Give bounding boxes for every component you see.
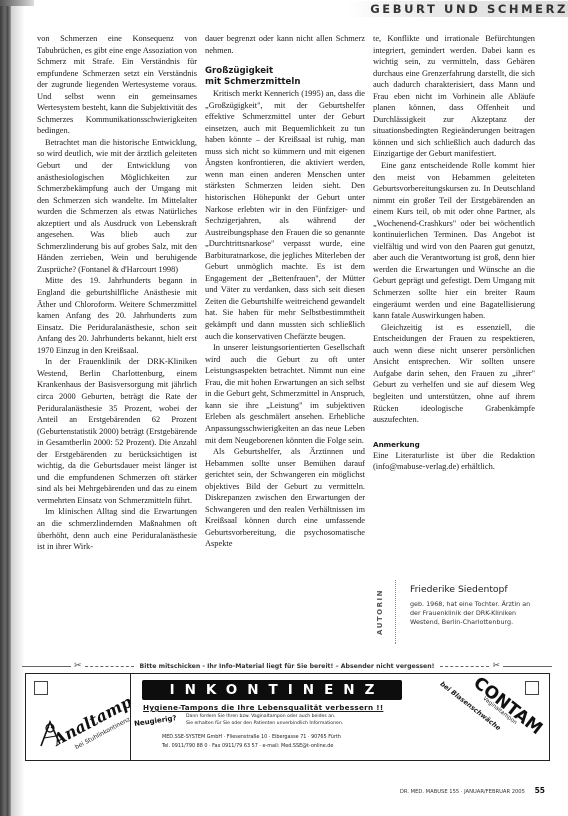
coupon-instruction: Bitte mitschicken - Ihr Info-Material li… bbox=[134, 663, 441, 670]
running-head: GEBURT UND SCHMERZ bbox=[348, 1, 568, 17]
ad-right-panel: CONTAM Vaginaltampon bei Blasenschwäche bbox=[431, 674, 549, 760]
journal-issue: DR. MED. MABUSE 155 · JANUAR/FEBRUAR 200… bbox=[400, 789, 525, 795]
subhead-line: mit Schmerzmitteln bbox=[205, 77, 365, 88]
article-column-2: dauer begrenzt oder kann nicht allen Sch… bbox=[205, 33, 365, 550]
paragraph: Eine ganz entscheidende Rolle kommt hier… bbox=[373, 160, 535, 322]
ad-contact-line: Tel. 0911/790 88 0 · Fax 0911/79 63 57 ·… bbox=[162, 742, 412, 751]
advertisement-coupon: Analtampon bei Stuhlinkontinenz INKONTIN… bbox=[25, 673, 550, 761]
checkbox[interactable] bbox=[525, 681, 539, 695]
ad-contact-line: MED.SSE-SYSTEM GmbH · Fliesenstraße 10 ·… bbox=[162, 733, 412, 742]
paragraph: von Schmerzen eine Konsequenz von Tabubr… bbox=[37, 33, 197, 137]
paragraph: Mitte des 19. Jahrhunderts begann in Eng… bbox=[37, 275, 197, 356]
article-column-3: te, Konflikte und irrationale Befürchtun… bbox=[373, 33, 535, 473]
paragraph: In der Frauenklinik der DRK-Kliniken Wes… bbox=[37, 356, 197, 506]
paragraph: te, Konflikte und irrationale Befürchtun… bbox=[373, 33, 535, 160]
note-label: Anmerkung bbox=[373, 440, 535, 450]
author-stamp-label: AUTORIN bbox=[376, 580, 396, 644]
binding-shadow bbox=[11, 0, 25, 816]
page-footer: DR. MED. MABUSE 155 · JANUAR/FEBRUAR 200… bbox=[330, 786, 545, 795]
author-box: AUTORIN Friederike Siedentopf geb. 1968,… bbox=[373, 578, 535, 648]
paragraph: dauer begrenzt oder kann nicht allen Sch… bbox=[205, 33, 365, 56]
checkbox[interactable] bbox=[34, 681, 48, 695]
subhead-line: Großzügigkeit bbox=[205, 66, 365, 77]
ad-body-line: Dann fordern Sie Ihren bzw. Vaginaltampo… bbox=[186, 714, 396, 721]
note-text: Eine Literaturliste ist über die Redakti… bbox=[373, 450, 535, 473]
article-column-1: von Schmerzen eine Konsequenz von Tabubr… bbox=[37, 33, 197, 553]
paragraph: Betrachtet man die historische Entwicklu… bbox=[37, 137, 197, 276]
ad-left-panel: Analtampon bei Stuhlinkontinenz bbox=[26, 674, 131, 760]
page-number: 55 bbox=[535, 786, 545, 795]
ad-center-panel: INKONTINENZ Hygiene-Tampons die Ihre Leb… bbox=[132, 674, 430, 760]
ad-body-line: Sie erhalten für Sie oder den Patienten … bbox=[186, 721, 396, 728]
scissors-icon: ✂ bbox=[71, 661, 85, 671]
ad-contact: MED.SSE-SYSTEM GmbH · Fliesenstraße 10 ·… bbox=[162, 733, 412, 751]
paragraph: In unserer leistungsorientierten Gesells… bbox=[205, 342, 365, 446]
author-bio: geb. 1968, hat eine Tochter. Ärztin an d… bbox=[410, 600, 535, 626]
paragraph: Gleichzeitig ist es essenziell, die Ents… bbox=[373, 322, 535, 426]
cut-dash bbox=[503, 666, 552, 667]
paragraph: Als Geburtshelfer, als Ärztinnen und Heb… bbox=[205, 446, 365, 550]
paragraph: Im klinischen Alltag sind die Erwartunge… bbox=[37, 506, 197, 552]
ad-body: Dann fordern Sie Ihren bzw. Vaginaltampo… bbox=[186, 714, 396, 727]
ad-banner: INKONTINENZ bbox=[142, 680, 402, 700]
scissors-icon: ✂ bbox=[489, 661, 503, 671]
coupon-cut-line: ✂ Bitte mitschicken - Ihr Info-Material … bbox=[22, 660, 552, 672]
ad-curious-label: Neugierig? bbox=[134, 714, 177, 728]
author-name: Friederike Siedentopf bbox=[410, 584, 508, 595]
cut-dash bbox=[22, 666, 71, 667]
page-binding-edge bbox=[0, 0, 11, 816]
cut-dash bbox=[440, 666, 489, 667]
paragraph: Kritisch merkt Kennerich (1995) an, dass… bbox=[205, 88, 365, 342]
section-subhead: Großzügigkeit mit Schmerzmitteln bbox=[205, 66, 365, 87]
ad-headline: Hygiene-Tampons die Ihre Lebensqualität … bbox=[143, 703, 383, 712]
page-corner-mark bbox=[0, 0, 34, 6]
cut-dash bbox=[85, 666, 134, 667]
